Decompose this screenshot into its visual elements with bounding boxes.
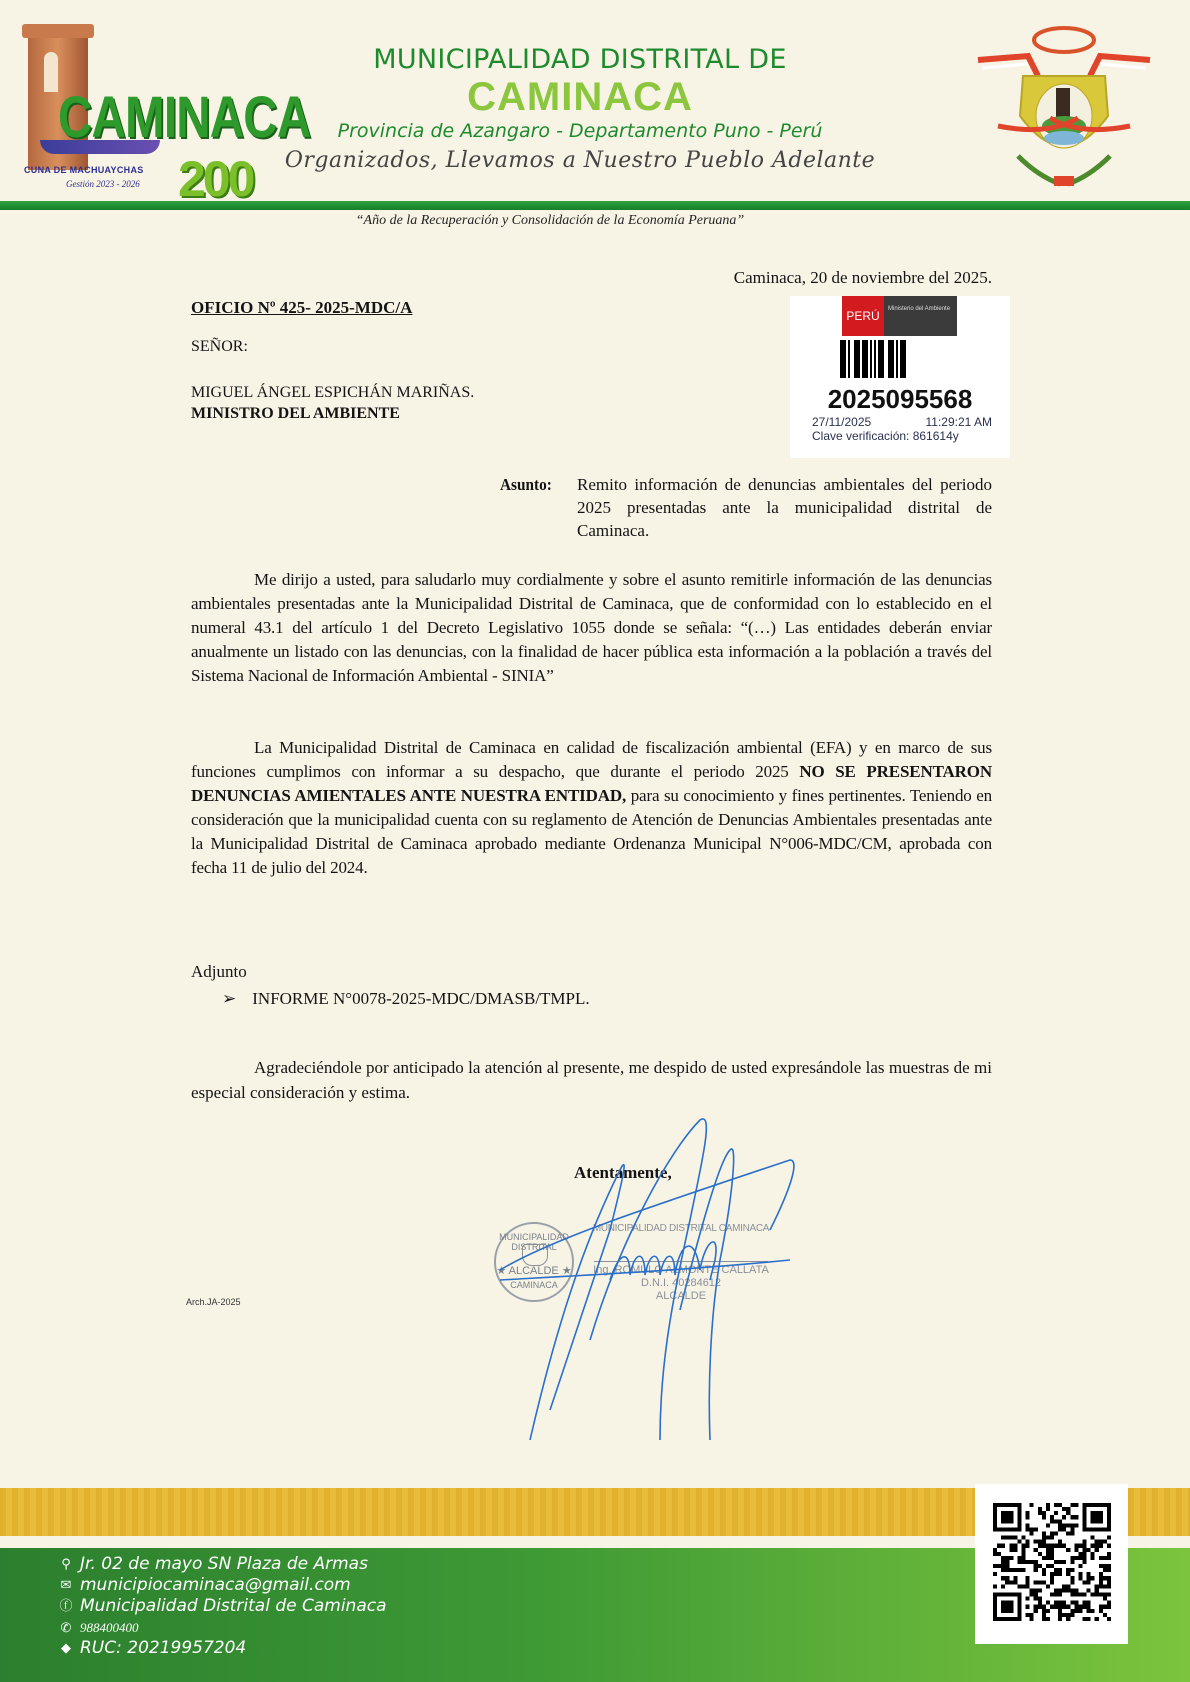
phone-text: 988400400 [80,1617,139,1638]
handwritten-signature-icon [470,1110,810,1450]
reception-date: 27/11/2025 [812,416,871,429]
verification-key: Clave verificación: 861614y [812,429,959,443]
location-pin-icon: ⚲ [58,1554,74,1575]
header-rule [0,201,1190,210]
letter-date: Caminaca, 20 de noviembre del 2025. [600,268,992,288]
letterhead-line1: MUNICIPALIDAD DISTRITAL DE [260,44,900,76]
reception-time: 11:29:21 AM [926,416,993,429]
archive-reference: Arch.JA-2025 [186,1297,241,1307]
letterhead-province: Provincia de Azangaro - Departamento Pun… [260,118,900,144]
logo-ribbon [40,140,160,154]
letterhead-title: MUNICIPALIDAD DISTRITAL DE CAMINACA Prov… [260,44,900,178]
reception-datetime: 27/11/2025 11:29:21 AM [812,416,992,429]
attachment-text: INFORME N°0078-2025-MDC/DMASB/TMPL. [252,989,589,1009]
addressee-name: MIGUEL ÁNGEL ESPICHÁN MARIÑAS. [191,382,474,403]
closing-paragraph: Agradeciéndole por anticipado la atenció… [191,1055,992,1105]
attachment-item: ➢ INFORME N°0078-2025-MDC/DMASB/TMPL. [222,989,590,1009]
paragraph-2: La Municipalidad Distrital de Caminaca e… [191,736,992,880]
address-text: Jr. 02 de mayo SN Plaza de Armas [80,1554,368,1575]
coat-of-arms-icon [968,26,1160,196]
footer-ruc: ◆ RUC: 20219957204 [58,1638,387,1659]
reception-stamp: PERÚ Ministerio del Ambiente 2025095568 … [790,296,1010,458]
letterhead-slogan: Organizados, Llevamos a Nuestro Pueblo A… [260,144,900,178]
closing-text: Agradeciéndole por anticipado la atenció… [191,1058,992,1102]
addressee-role: MINISTRO DEL AMBIENTE [191,403,474,424]
facebook-icon: ⓕ [58,1596,74,1617]
facebook-text[interactable]: Municipalidad Distrital de Caminaca [80,1596,387,1617]
letterhead-line2: CAMINACA [260,76,900,118]
addressee: MIGUEL ÁNGEL ESPICHÁN MARIÑAS. MINISTRO … [191,382,474,424]
logo-cuna: CUNA DE MACHUAYCHAS [24,165,144,175]
subject-label: Asunto: [500,473,552,496]
footer-email[interactable]: ✉ municipiocaminaca@gmail.com [58,1575,387,1596]
footer-facebook[interactable]: ⓕ Municipalidad Distrital de Caminaca [58,1596,387,1617]
registry-number: 2025095568 [790,384,1010,415]
ministry-name: Ministerio del Ambiente [884,296,957,336]
paragraph-1: Me dirijo a usted, para saludarlo muy co… [191,568,992,688]
letter-reference: OFICIO Nº 425- 2025-MDC/A [191,298,412,318]
ministry-logo: PERÚ Ministerio del Ambiente [842,296,957,336]
qr-code-container [975,1484,1128,1644]
footer-address: ⚲ Jr. 02 de mayo SN Plaza de Armas [58,1554,387,1575]
municipal-logo: CAMINACA CUNA DE MACHUAYCHAS Gestión 202… [18,22,263,202]
qr-code-icon [993,1498,1111,1626]
bicentenary-mark: 200 [178,150,252,208]
salutation: SEÑOR: [191,338,248,356]
attachments-label: Adjunto [191,962,247,982]
logo-gestion: Gestión 2023 - 2026 [66,179,140,189]
footer-contact-list: ⚲ Jr. 02 de mayo SN Plaza de Armas ✉ mun… [58,1554,387,1659]
paragraph-1-text: Me dirijo a usted, para saludarlo muy co… [191,570,992,685]
ruc-icon: ◆ [58,1638,74,1659]
ruc-text: RUC: 20219957204 [80,1638,246,1659]
subject-text: Remito información de denuncias ambienta… [577,473,992,542]
year-motto: “Año de la Recuperación y Consolidación … [0,213,1100,229]
subject: Asunto: Remito información de denuncias … [500,473,992,542]
phone-icon: ✆ [58,1617,74,1638]
email-icon: ✉ [58,1575,74,1596]
peru-mark: PERÚ [842,296,884,336]
arrow-bullet-icon: ➢ [222,989,236,1009]
barcode-icon [840,340,958,378]
email-text[interactable]: municipiocaminaca@gmail.com [80,1575,351,1596]
footer-phone: ✆ 988400400 [58,1617,387,1638]
